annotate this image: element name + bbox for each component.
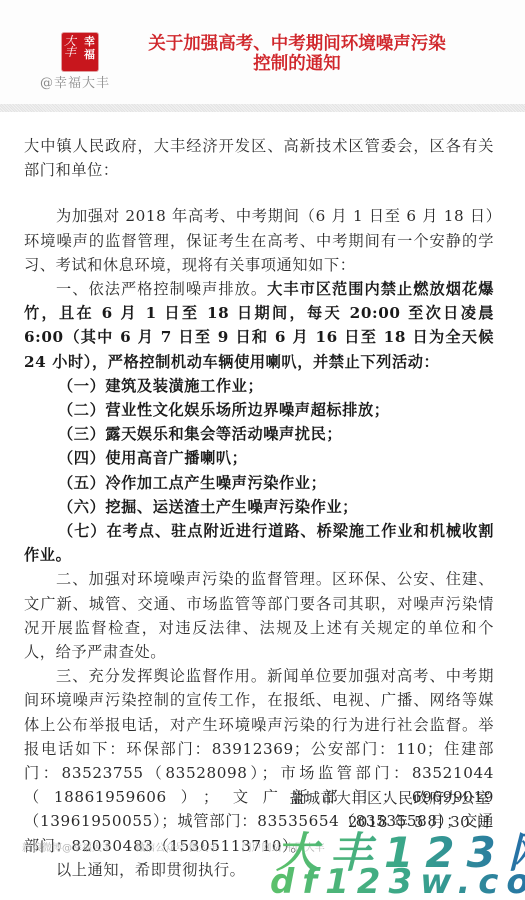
header-divider xyxy=(0,104,525,112)
activity-item: （四）使用高音广播喇叭； xyxy=(24,446,494,470)
weibo-handle: @幸福大丰 xyxy=(40,72,110,91)
signature-org: 盐城市大丰区人民政府办公室 xyxy=(289,786,491,810)
watermark-domain: df123w.com xyxy=(270,862,525,900)
activity-item: （六）挖掘、运送渣土产生噪声污染作业； xyxy=(24,495,494,519)
seal-left-text: 大丰 xyxy=(64,36,74,58)
activity-item: （七）在考点、驻点附近进行道路、桥梁施工作业和机械收割作业。 xyxy=(24,519,494,567)
section-1: 一、依法严格控制噪声排放。大丰市区范围内禁止燃放烟花爆竹，且在 6 月 1 日至… xyxy=(24,277,494,374)
document-header: 大丰 幸福 @幸福大丰 关于加强高考、中考期间环境噪声污染 控制的通知 xyxy=(0,0,525,104)
activity-item: （五）冷作加工点产生噪声污染作业； xyxy=(24,471,494,495)
document-title: 关于加强高考、中考期间环境噪声污染 控制的通知 xyxy=(122,34,472,74)
seal-right-text: 幸福 xyxy=(84,35,96,61)
activity-item: （三）露天娱乐和集会等活动噪声扰民； xyxy=(24,422,494,446)
intro-paragraph: 为加强对 2018 年高考、中考期间（6 月 1 日至 6 月 18 日）环境噪… xyxy=(24,204,494,277)
seal-logo: 大丰 幸福 xyxy=(62,33,98,71)
title-line-1: 关于加强高考、中考期间环境噪声污染 xyxy=(122,34,472,54)
addressee: 大中镇人民政府，大丰经济开发区、高新技术区管委会，区各有关部门和单位： xyxy=(24,134,494,182)
section-1-heading: 一、依法严格控制噪声排放。 xyxy=(56,280,267,298)
footer-link-wechat: 微信公众号 微大丰 xyxy=(135,843,218,854)
title-line-2: 控制的通知 xyxy=(122,54,472,74)
activity-item: （二）营业性文化娱乐场所边界噪声超标排放； xyxy=(24,398,494,422)
section-2: 二、加强对环境噪声污染的监督管理。区环保、公安、住建、文广新、城管、交通、市场监… xyxy=(24,567,494,664)
activity-item: （一）建筑及装潢施工作业； xyxy=(24,374,494,398)
document-body: 大中镇人民政府，大丰经济开发区、高新技术区管委会，区各有关部门和单位： 为加强对… xyxy=(24,134,494,882)
footer-link-weibo: 新浪微博@幸福大丰 xyxy=(22,843,112,854)
